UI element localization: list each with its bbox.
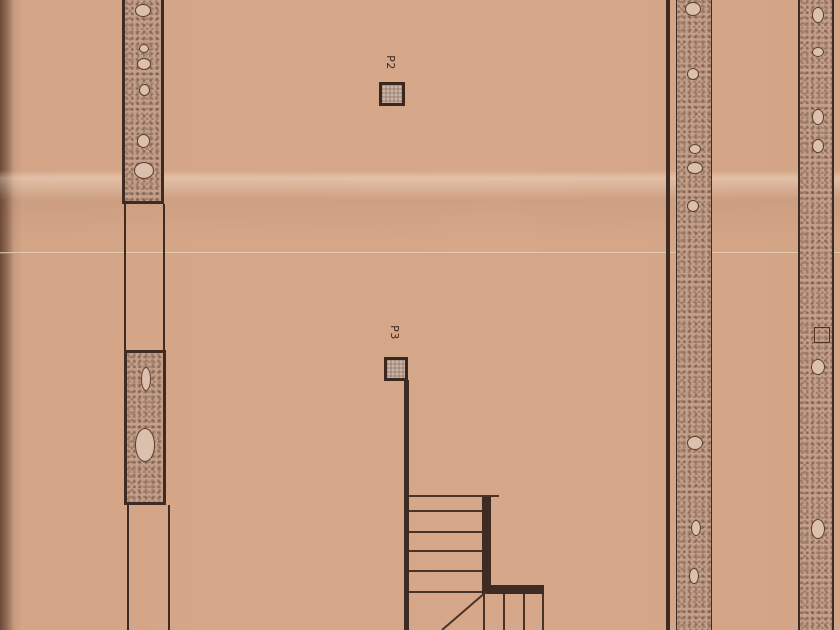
pillar-p2 [379,82,405,106]
paper-fold-line [0,252,840,254]
stone [137,58,151,70]
stair-winder-diagonal [440,590,490,630]
stone [812,47,824,57]
stone [689,144,701,154]
stair-tread [409,570,482,572]
pillar-label-p2: P2 [384,55,397,70]
stair-tread [409,495,499,497]
left-wall-line-a [124,204,126,350]
stair-center-wall [482,496,491,594]
stair-landing-wall [482,585,544,594]
stone [135,4,151,17]
stair-riser [523,594,525,630]
right-outer-wall [798,0,834,630]
stone [137,134,150,148]
stone [135,428,155,462]
stone [687,436,703,450]
stone [134,162,154,179]
stone [685,2,701,16]
left-wall-lower [124,350,166,505]
stone [811,359,825,375]
stone [141,367,151,391]
stone [812,7,824,23]
stair-tread [409,531,482,533]
stair-riser [503,594,505,630]
right-inner-wall-outline [666,0,670,630]
left-wall-line-c [127,505,129,630]
stone [689,568,699,584]
right-inner-wall [676,0,712,630]
stone [812,109,824,125]
wall-niche [814,327,830,343]
left-wall-upper [122,0,164,204]
stone [139,84,150,96]
stair-tread [409,510,482,512]
stone [811,519,825,539]
stone [687,200,699,212]
stone [691,520,701,536]
stair-tread [409,550,482,552]
pillar-label-p3: P3 [388,325,401,340]
pillar-p3 [384,357,408,381]
stone [812,139,824,153]
left-wall-line-d [168,505,170,630]
left-wall-line-b [163,204,165,350]
stair-riser [542,594,544,630]
stone [139,44,149,53]
stone [687,162,703,174]
stone [687,68,699,80]
